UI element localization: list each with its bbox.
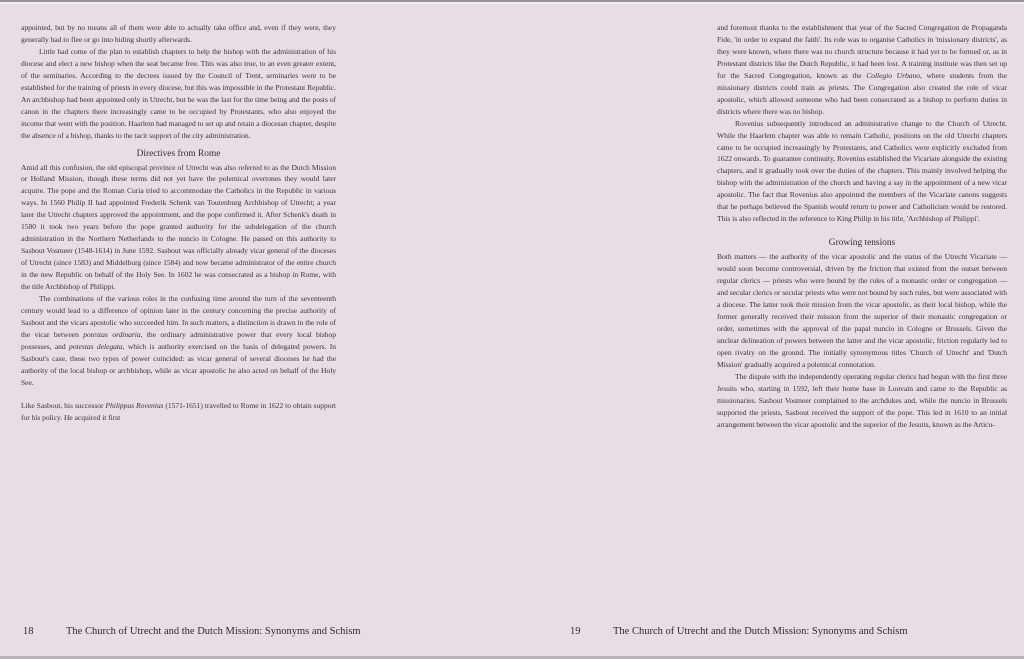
italic-term: potestas ordinaria [83, 330, 140, 339]
right-page: and foremost thanks to the establishment… [717, 22, 1007, 431]
section-heading: Directives from Rome [21, 148, 336, 161]
italic-name: Collegio Urbano [866, 71, 920, 80]
page-number: 19 [570, 626, 581, 637]
running-title: The Church of Utrecht and the Dutch Miss… [613, 626, 908, 637]
running-title: The Church of Utrecht and the Dutch Miss… [66, 626, 361, 637]
left-page-text-column: appointed, but by no means all of them w… [21, 22, 336, 424]
page-number: 18 [23, 626, 34, 637]
paragraph-with-italics: The combinations of the various roles in… [21, 293, 336, 389]
paragraph: Rovenius subsequently introduced an admi… [717, 118, 1007, 226]
italic-name: Philippus Rovenius [105, 401, 163, 410]
paragraph: Both matters — the authority of the vica… [717, 251, 1007, 371]
top-border-highlight [0, 2, 1024, 4]
paragraph: Little had come of the plan to establish… [21, 46, 336, 142]
paragraph-with-italics: Like Sasbout, his successor Philippus Ro… [21, 400, 336, 424]
paragraph-with-italics: and foremost thanks to the establishment… [717, 22, 1007, 118]
section-heading: Growing tensions [717, 237, 1007, 250]
right-page-text-column: and foremost thanks to the establishment… [717, 22, 1007, 431]
paragraph: appointed, but by no means all of them w… [21, 22, 336, 46]
italic-term: potestas delegata [69, 342, 123, 351]
text-run: Like Sasbout, his successor [21, 401, 105, 410]
paragraph: The dispute with the independently opera… [717, 371, 1007, 431]
left-page: appointed, but by no means all of them w… [21, 22, 336, 424]
paragraph: Amid all this confusion, the old episcop… [21, 162, 336, 293]
